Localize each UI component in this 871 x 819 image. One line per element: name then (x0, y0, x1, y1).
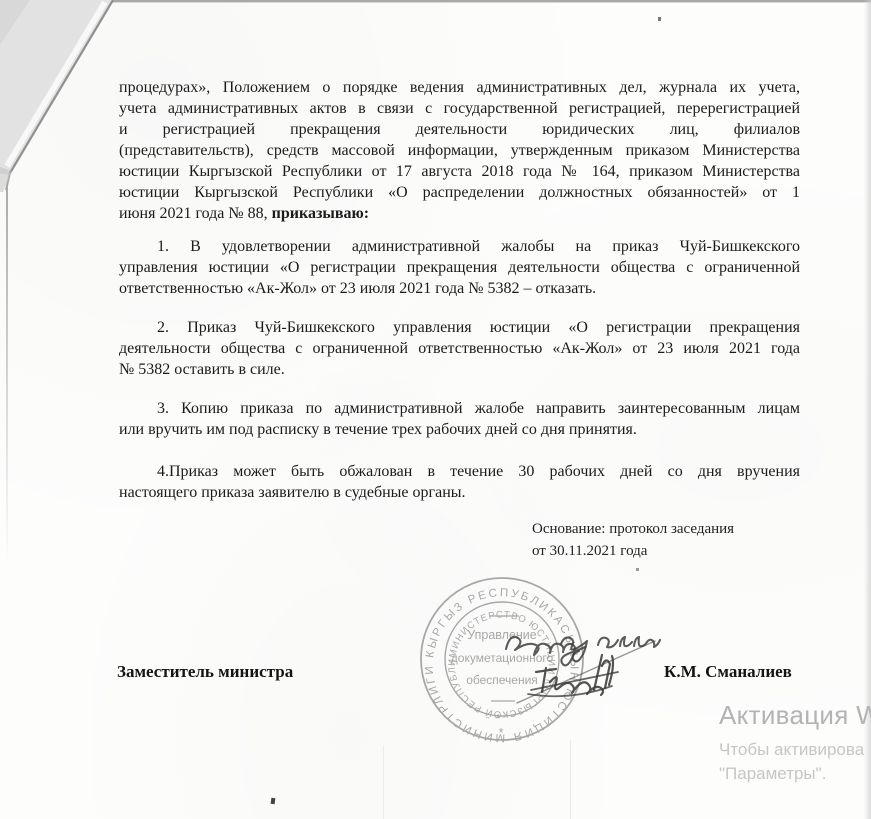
signer-name: К.М. Сманалиев (664, 662, 792, 682)
text-line: 4.Приказ может быть обжалован в течение … (119, 461, 800, 482)
scan-speck (658, 17, 661, 21)
basis-line-2: от 30.11.2021 года (532, 541, 734, 563)
order-item-1: 1. В удовлетворении административной жал… (119, 236, 800, 299)
text-line: настоящего приказа заявителю в судебные … (119, 482, 800, 503)
text-line: и регистрацией прекращения деятельности … (119, 119, 800, 140)
text-line: управления юстиции «О регистрации прекра… (119, 257, 800, 278)
watermark-body-line-1: Чтобы активирова (719, 740, 871, 760)
handwriting-word-1-tail (561, 638, 587, 662)
text-line: ответственностью «Ак-Жол» от 23 июля 202… (119, 278, 800, 299)
watermark-title: Активация W (719, 700, 871, 731)
signer-title: Заместитель министра (117, 662, 293, 682)
page-corner-fold (0, 0, 130, 200)
text-line: деятельности общества с ограниченной отв… (119, 338, 800, 359)
basis-line-1: Основание: протокол заседания (532, 519, 734, 541)
watermark-body-line-2: "Параметры". (719, 764, 871, 784)
text-line: процедурах», Положением о порядке ведени… (119, 77, 800, 98)
stamp-star-2: * (498, 725, 503, 740)
order-item-2: 2. Приказ Чуй-Бишкекского управления юст… (119, 317, 800, 380)
text-line: юстиции Кыргызской Республики «О распред… (119, 182, 800, 203)
scanned-document-page: процедурах», Положением о порядке ведени… (0, 0, 871, 819)
scanner-streak (383, 745, 384, 819)
text-line: № 5382 оставить в силе. (119, 359, 800, 380)
scan-speck (636, 568, 639, 571)
scanner-streak (570, 740, 571, 819)
order-item-4: 4.Приказ может быть обжалован в течение … (119, 461, 800, 503)
intro-paragraph: процедурах», Положением о порядке ведени… (119, 77, 800, 224)
scan-edge-top-light (0, 2, 871, 3)
signature-tall-strokes (594, 655, 613, 690)
text-line: юстиции Кыргызской Республики от 17 авгу… (119, 161, 800, 182)
text-line: или вручить им под расписку в течение тр… (119, 419, 800, 440)
scan-edge-left (6, 186, 8, 566)
text-line: июня 2021 года № 88, приказываю: (119, 203, 800, 224)
scan-edge-right (864, 0, 871, 819)
text-line: 2. Приказ Чуй-Бишкекского управления юст… (119, 317, 800, 338)
windows-activation-watermark: Активация W Чтобы активирова "Параметры"… (719, 700, 871, 784)
scan-speck (271, 798, 276, 804)
order-item-3: 3. Копию приказа по административной жал… (119, 398, 800, 440)
basis-note: Основание: протокол заседания от 30.11.2… (532, 519, 734, 562)
text-line: 3. Копию приказа по административной жал… (119, 398, 800, 419)
text-line: 1. В удовлетворении административной жал… (119, 236, 800, 257)
text-line: учета административных актов в связи с г… (119, 98, 800, 119)
text-line: (представительств), средств массовой инф… (119, 140, 800, 161)
handwritten-signature (495, 600, 695, 720)
